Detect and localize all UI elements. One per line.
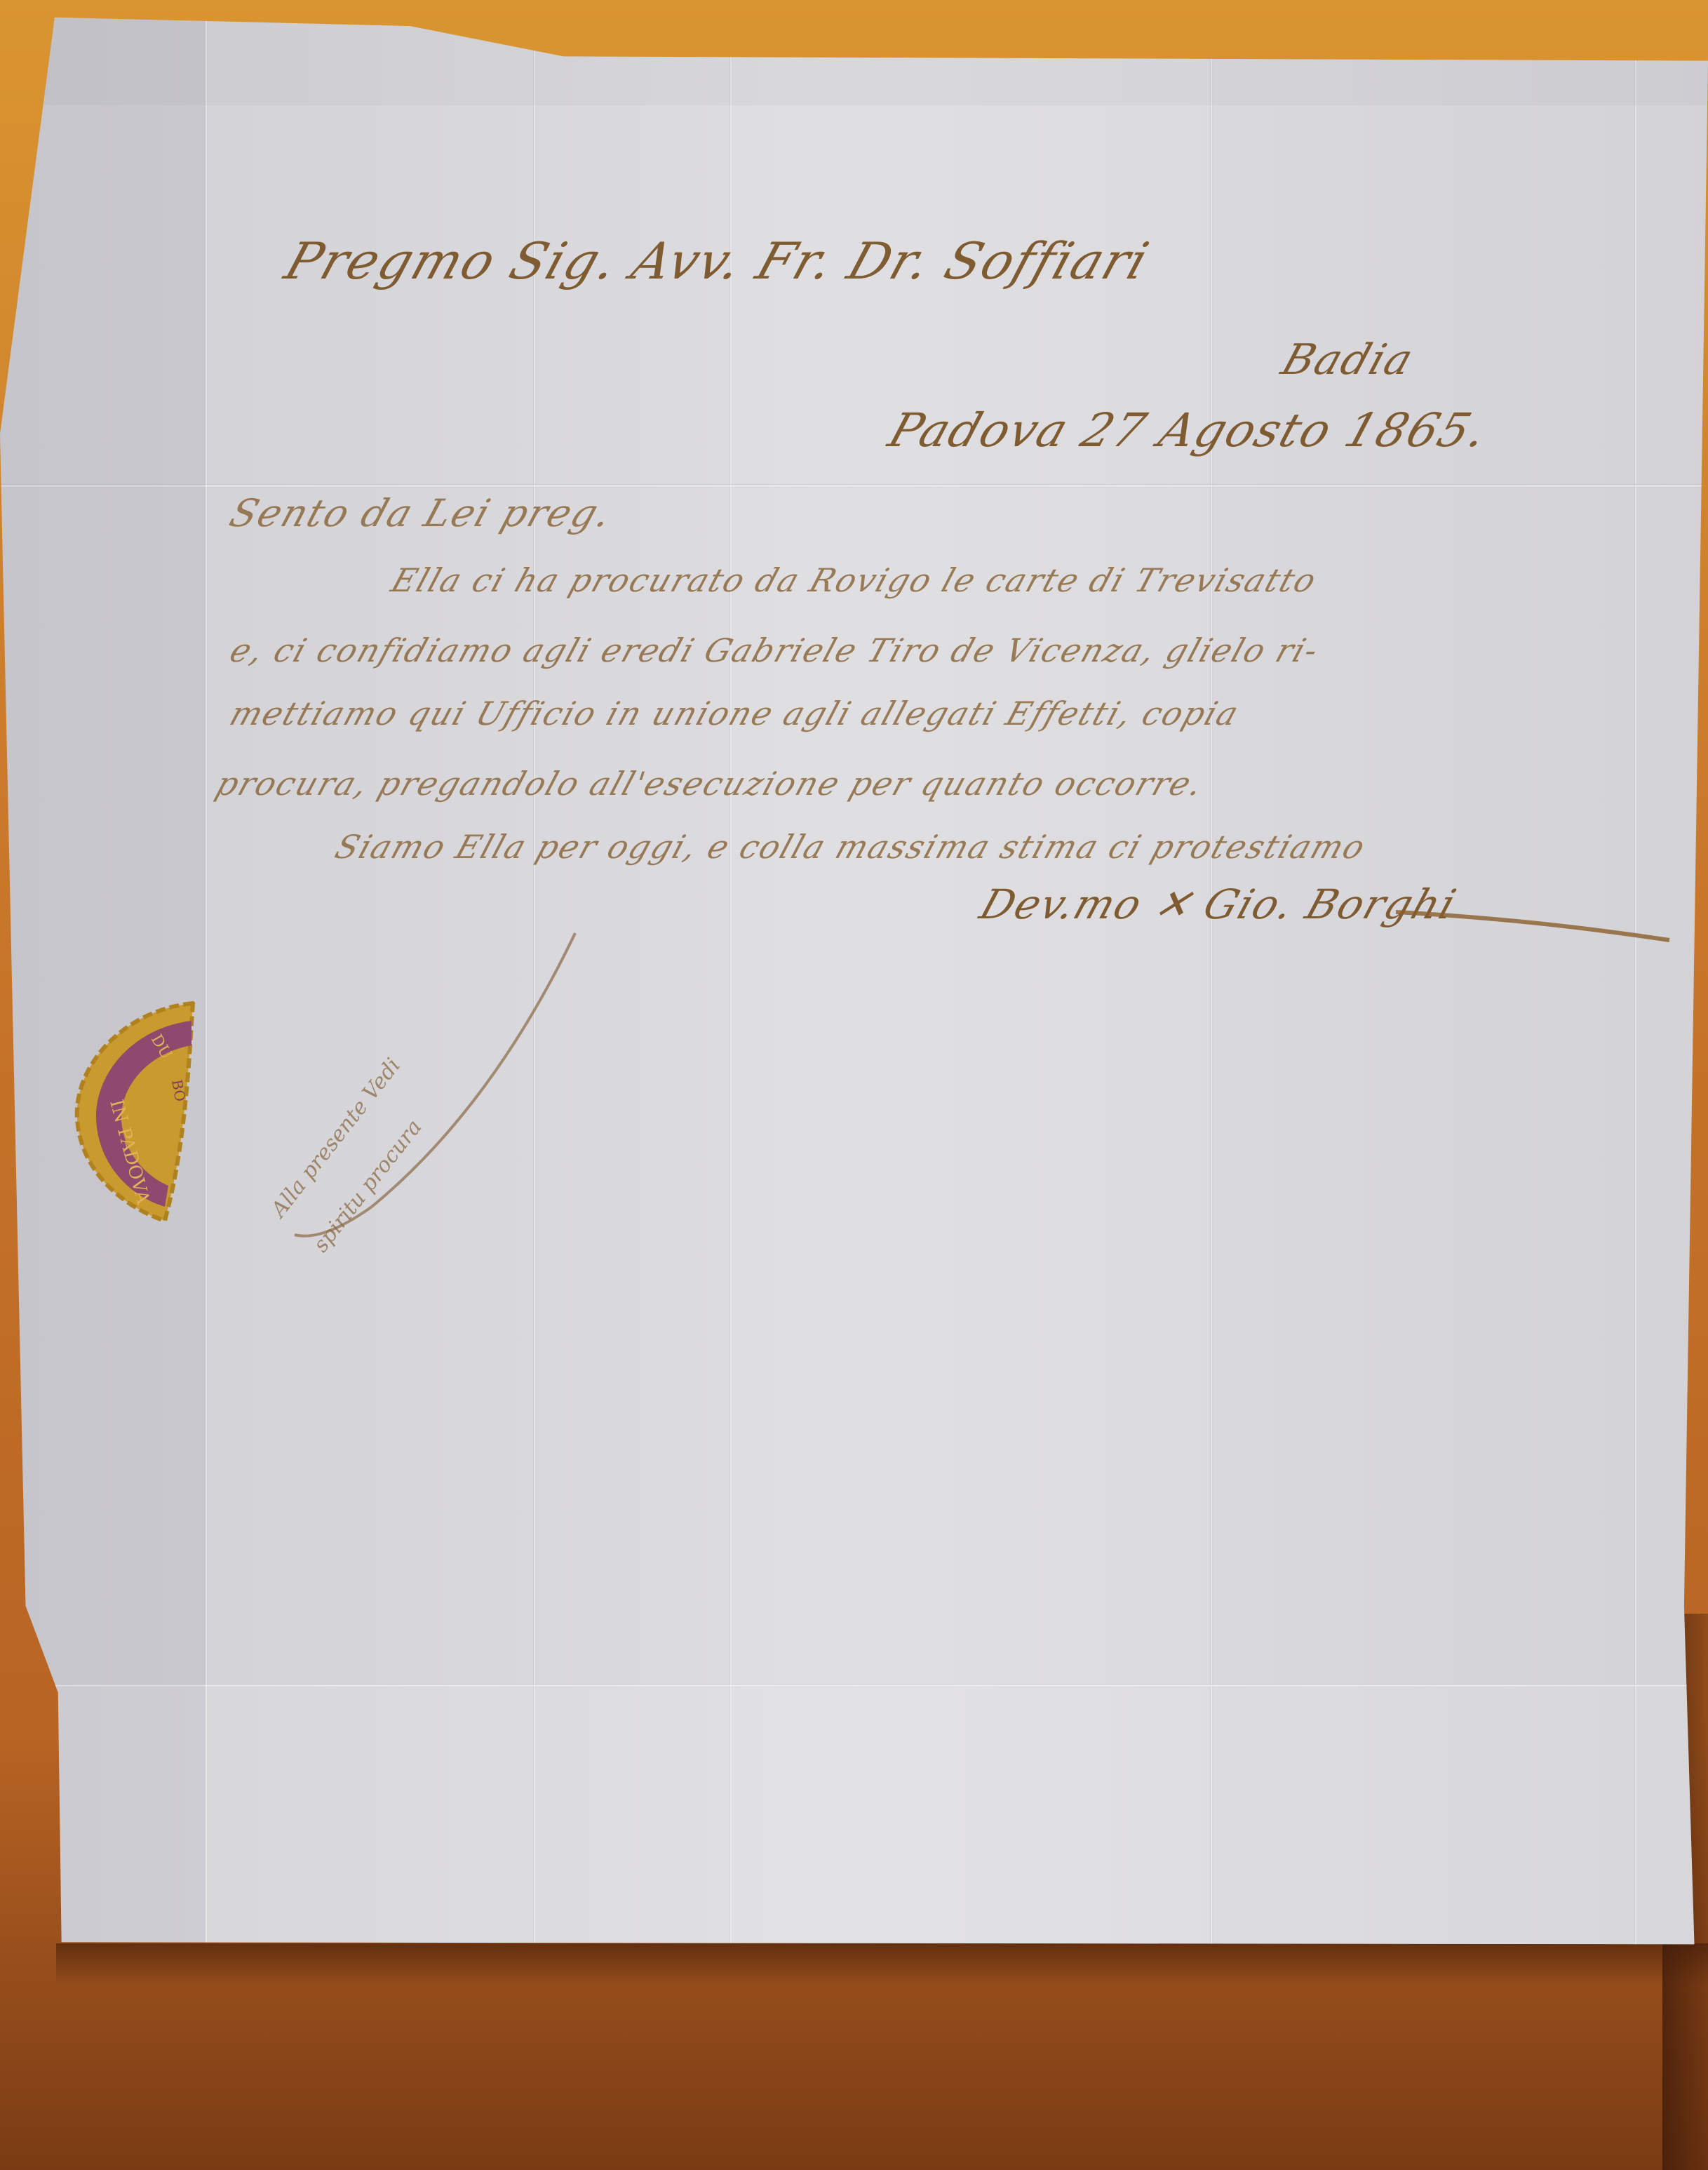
salutation: Sento da Lei preg. [224, 491, 619, 535]
table-shadow-bottom [56, 1943, 1708, 1985]
body-line: Ella ci ha procurato da Rovigo le carte … [386, 561, 1322, 599]
signature-flourish [1389, 891, 1683, 954]
body-line: Siamo Ella per oggi, e colla massima sti… [330, 828, 1371, 866]
letter-sheet [0, 0, 1708, 2170]
fold-shade [0, 1684, 1708, 1950]
body-line: mettiamo qui Ufficio in unione agli alle… [225, 695, 1244, 732]
address-line-1: Pregmo Sig. Avv. Fr. Dr. Soffiari [278, 232, 1157, 290]
dateline: Padova 27 Agosto 1865. [882, 403, 1495, 457]
body-line: procura, pregandolo all'esecuzione per q… [211, 765, 1209, 803]
wax-seal-icon: IN PADOVA DU BO [67, 996, 200, 1228]
body-line: e, ci confidiamo agli eredi Gabriele Tir… [225, 631, 1324, 669]
address-line-2: Badia [1276, 335, 1420, 384]
margin-flourish [260, 912, 589, 1249]
fold-shade [0, 0, 1708, 105]
